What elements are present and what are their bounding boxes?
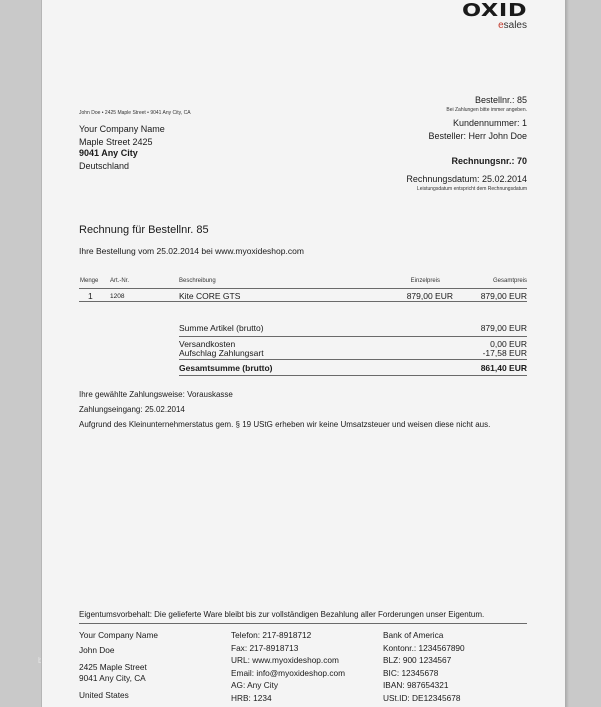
header-art: Art.-Nr. xyxy=(110,278,129,284)
header-unit-price: Einzelpreis xyxy=(411,278,440,284)
row-total-price: 879,00 EUR xyxy=(481,291,527,301)
logo-main-text: OXID xyxy=(462,2,527,20)
logo-sub-text: esales xyxy=(475,20,527,32)
footer-contact-column: Telefon: 217-8918712 Fax: 217-8918713 UR… xyxy=(231,629,345,705)
table-header-divider xyxy=(79,288,527,289)
tax-note: Aufgrund des Kleinunternehmerstatus gem.… xyxy=(79,420,490,429)
ownership-note: Eigentumsvorbehalt: Die gelieferte Ware … xyxy=(79,610,484,619)
summary-divider-3 xyxy=(179,375,527,376)
footer-hrb: HRB: 1234 xyxy=(231,692,345,705)
sender-line: John Doe • 2425 Maple Street • 9041 Any … xyxy=(79,110,191,116)
order-number: Bestellnr.: 85 xyxy=(475,95,527,105)
recipient-street: Maple Street 2425 xyxy=(79,137,165,149)
service-date-note: Leistungsdatum entspricht dem Rechnungsd… xyxy=(417,186,527,192)
invoice-date: Rechnungsdatum: 25.02.2014 xyxy=(406,174,527,184)
footer-contact-name: John Doe xyxy=(79,642,158,661)
footer-url[interactable]: URL: www.myoxideshop.com xyxy=(231,654,345,667)
footer-street: 2425 Maple Street xyxy=(79,661,158,673)
invoice-page: OXID esales John Doe • 2425 Maple Street… xyxy=(42,0,565,707)
order-hint: Bei Zahlungen bitte immer angeben. xyxy=(446,107,527,113)
surcharge-value: -17,58 EUR xyxy=(483,348,527,358)
footer-account-no: Kontonr.: 1234567890 xyxy=(383,642,465,655)
subtotal-label: Summe Artikel (brutto) xyxy=(179,323,264,333)
summary-divider-2 xyxy=(179,359,527,360)
footer-divider xyxy=(79,623,527,624)
footer-iban: IBAN: 987654321 xyxy=(383,679,465,692)
oxid-logo: OXID esales xyxy=(475,2,527,32)
invoice-subtitle: Ihre Bestellung vom 25.02.2014 bei www.m… xyxy=(79,246,304,256)
row-art: 1208 xyxy=(110,293,124,300)
total-value: 861,40 EUR xyxy=(481,363,527,373)
summary-divider-1 xyxy=(179,336,527,337)
row-qty: 1 xyxy=(88,291,93,301)
customer-number: Kundennummer: 1 xyxy=(453,118,527,128)
footer-bank-name: Bank of America xyxy=(383,629,465,642)
header-qty: Menge xyxy=(80,278,98,284)
recipient-company: Your Company Name xyxy=(79,124,165,136)
recipient-city: 9041 Any City xyxy=(79,148,165,160)
recipient-address: Your Company Name Maple Street 2425 9041… xyxy=(79,124,165,172)
footer-company-column: Your Company Name John Doe 2425 Maple St… xyxy=(79,629,158,702)
row-unit-price: 879,00 EUR xyxy=(407,291,453,301)
footer-country: United States xyxy=(79,689,158,702)
total-label: Gesamtsumme (brutto) xyxy=(179,363,273,373)
footer-city: 9041 Any City, CA xyxy=(79,672,158,689)
footer-bank-column: Bank of America Kontonr.: 1234567890 BLZ… xyxy=(383,629,465,705)
footer-vat-id: USt.ID: DE12345678 xyxy=(383,692,465,705)
logo-sales: sales xyxy=(504,20,527,31)
subtotal-value: 879,00 EUR xyxy=(481,323,527,333)
payment-method: Ihre gewählte Zahlungsweise: Vorauskasse xyxy=(79,390,233,399)
recipient-country: Deutschland xyxy=(79,161,165,173)
table-row-divider xyxy=(79,301,527,302)
footer-court: AG: Any City xyxy=(231,679,345,692)
invoice-title: Rechnung für Bestellnr. 85 xyxy=(79,224,209,236)
footer-blz: BLZ: 900 1234567 xyxy=(383,654,465,667)
orderer: Besteller: Herr John Doe xyxy=(428,131,527,141)
footer-phone: Telefon: 217-8918712 xyxy=(231,629,345,642)
header-desc: Beschreibung xyxy=(179,278,216,284)
footer-company-name: Your Company Name xyxy=(79,629,158,642)
payment-received: Zahlungseingang: 25.02.2014 xyxy=(79,405,185,414)
invoice-number: Rechnungsnr.: 70 xyxy=(451,156,527,166)
row-desc: Kite CORE GTS xyxy=(179,291,240,301)
footer-bic: BIC: 12345678 xyxy=(383,667,465,680)
footer-email[interactable]: Email: info@myoxideshop.com xyxy=(231,667,345,680)
surcharge-label: Aufschlag Zahlungsart xyxy=(179,348,264,358)
header-total-price: Gesamtpreis xyxy=(493,278,527,284)
footer-fax: Fax: 217-8918713 xyxy=(231,642,345,655)
